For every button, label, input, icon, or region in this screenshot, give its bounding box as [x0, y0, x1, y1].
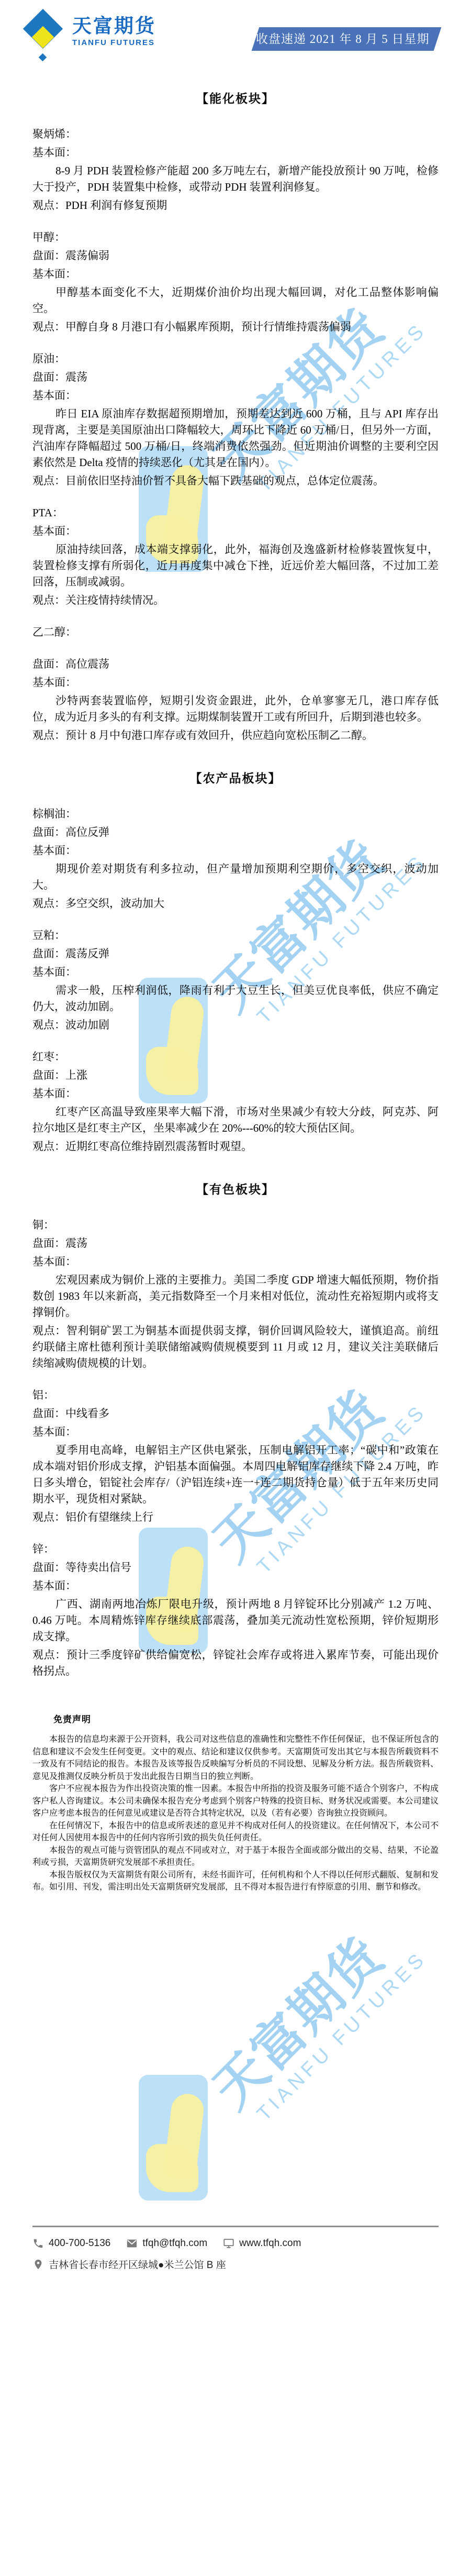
- viewpoint-line: 观点：铝价有望继续上行: [32, 1509, 439, 1525]
- location-pin-icon: [32, 2259, 44, 2270]
- commodity-block-pta: PTA： 基本面： 原油持续回落，成本端支撑弱化，此外，福海创及逸盛新材检修装置…: [32, 505, 439, 609]
- commodity-block-zinc: 锌： 盘面：等待卖出信号 基本面： 广西、湖南两地冶炼厂限电升级，预计两地 8 …: [32, 1541, 439, 1679]
- fundamentals-label: 基本面：: [32, 1086, 439, 1102]
- commodity-name: PTA：: [32, 505, 439, 521]
- fundamentals-paragraph: 昨日 EIA 原油库存数据超预期增加，预期差达到近 600 万桶，且与 API …: [32, 406, 439, 471]
- commodity-name: 乙二醇：: [32, 624, 439, 640]
- email-text: tfqh@tfqh.com: [142, 2238, 207, 2249]
- commodity-name: 甲醇：: [32, 229, 439, 246]
- commodity-block-palm-oil: 棕榈油： 盘面：高位反弹 基本面： 期现价差对期货有利多拉动，但产量增加预期利空…: [32, 806, 439, 912]
- viewpoint-line: 观点：预计三季度锌矿供给偏宽松，锌锭社会库存或将进入累库节奏，可能出现价格拐点。: [32, 1647, 439, 1679]
- commodity-name: 棕榈油：: [32, 806, 439, 822]
- fundamentals-paragraph: 期现价差对期货有利多拉动，但产量增加预期利空期价，多空交织，波动加大。: [32, 861, 439, 893]
- fundamentals-paragraph: 原油持续回落，成本端支撑弱化，此外，福海创及逸盛新材检修装置恢复中，装置检修支撑…: [32, 541, 439, 590]
- commodity-block-methanol: 甲醇： 盘面：震荡偏弱 基本面： 甲醇基本面变化不大，近期煤价油价均出现大幅回调…: [32, 229, 439, 335]
- viewpoint-line: 观点：甲醇自身 8 月港口有小幅累库预期，预计行情维持震荡偏弱: [32, 319, 439, 335]
- viewpoint-line: 观点：预计 8 月中旬港口库存或有效回升，供应趋向宽松压制乙二醇。: [32, 727, 439, 744]
- monitor-icon: [223, 2238, 234, 2249]
- phone-icon: [32, 2238, 44, 2249]
- fundamentals-paragraph: 需求一般，压榨利润低，降雨有利于大豆生长，但美豆优良率低，供应不确定仍大，波动加…: [32, 982, 439, 1015]
- fundamentals-label: 基本面：: [32, 964, 439, 980]
- fundamentals-paragraph: 沙特两套装置临停，短期引发资金跟进，此外，仓单寥寥无几，港口库存低位，成为近月多…: [32, 693, 439, 725]
- viewpoint-line: 观点：关注疫情持续情况。: [32, 592, 439, 609]
- fundamentals-label: 基本面：: [32, 388, 439, 404]
- fundamentals-label: 基本面：: [32, 523, 439, 539]
- website-item: www.tfqh.com: [223, 2238, 301, 2249]
- disclaimer-title: 免责声明: [53, 1712, 439, 1725]
- commodity-name: 锌：: [32, 1541, 439, 1557]
- report-body: 【能化板块】 聚炳烯： 基本面： 8-9 月 PDH 装置检修产能超 200 多…: [0, 89, 471, 1894]
- disclaimer-paragraph: 客户不应视本报告为作出投资决策的惟一因素。本报告中所指的投资及服务可能不适合个别…: [32, 1783, 439, 1820]
- commodity-name: 铝：: [32, 1387, 439, 1403]
- surface-line: 盘面：高位反弹: [32, 824, 439, 841]
- phone-number: 400-700-5136: [49, 2238, 110, 2249]
- disclaimer-paragraph: 本报告版权仅为天富期货有限公司所有，未经书面许可，任何机构和个人不得以任何形式翻…: [32, 1869, 439, 1894]
- watermark-text-en: TIANFU FUTURES: [253, 1947, 431, 2126]
- tianfu-logo-icon: [22, 13, 65, 61]
- commodity-block-polyolefin: 聚炳烯： 基本面： 8-9 月 PDH 装置检修产能超 200 多万吨左右，新增…: [32, 126, 439, 214]
- fundamentals-label: 基本面：: [32, 675, 439, 691]
- commodity-name: 红枣：: [32, 1049, 439, 1065]
- surface-line: 盘面：中线看多: [32, 1406, 439, 1422]
- disclaimer-paragraph: 在任何情况下，本报告中的信息或所表述的意见并不构成对任何人的投资建议。在任何情况…: [32, 1820, 439, 1844]
- watermark-logo-icon: [139, 2075, 208, 2201]
- address-text: 吉林省长春市经开区绿城●米兰公馆 B 座: [49, 2257, 226, 2271]
- commodity-name: 豆粕：: [32, 927, 439, 944]
- fundamentals-paragraph: 8-9 月 PDH 装置检修产能超 200 多万吨左右，新增产能投放预计 90 …: [32, 163, 439, 195]
- page: 天富期货TIANFU FUTURES 天富期货TIANFU FUTURES 天富…: [0, 0, 471, 2576]
- brand-text: 天富期货 TIANFU FUTURES: [72, 16, 156, 47]
- commodity-block-ethylene-glycol: 乙二醇： 盘面：高位震荡 基本面： 沙特两套装置临停，短期引发资金跟进，此外，仓…: [32, 624, 439, 744]
- commodity-block-copper: 铜： 盘面：震荡 基本面： 宏观因素成为铜价上涨的主要推力。美国二季度 GDP …: [32, 1217, 439, 1372]
- fundamentals-label: 基本面：: [32, 1578, 439, 1594]
- commodity-block-crude-oil: 原油： 盘面：震荡 基本面： 昨日 EIA 原油库存数据超预期增加，预期差达到近…: [32, 351, 439, 489]
- viewpoint-line: 观点：PDH 利润有修复预期: [32, 197, 439, 214]
- phone-item: 400-700-5136: [32, 2238, 110, 2249]
- surface-line: 盘面：震荡反弹: [32, 946, 439, 962]
- commodity-name: 原油：: [32, 351, 439, 367]
- viewpoint-line: 观点：多空交织，波动加大: [32, 895, 439, 912]
- fundamentals-paragraph: 夏季用电高峰，电解铝主产区供电紧张，压制电解铝开工率；“碳中和”政策在成本端对铝…: [32, 1442, 439, 1507]
- report-date-text: 收盘速递 2021 年 8 月 5 日星期四: [252, 27, 434, 74]
- brand-name-en: TIANFU FUTURES: [72, 38, 156, 47]
- viewpoint-line: 观点：目前依旧坚持油价暂不具备大幅下跌基础的观点，总体定位震荡。: [32, 473, 439, 489]
- commodity-name: 聚炳烯：: [32, 126, 439, 142]
- watermark-text-cn: 天富期货: [204, 1908, 413, 2117]
- footer-divider: [32, 2226, 439, 2227]
- fundamentals-label: 基本面：: [32, 843, 439, 859]
- viewpoint-line: 观点：近期红枣高位维持剧烈震荡暂时观望。: [32, 1138, 439, 1155]
- email-item: tfqh@tfqh.com: [126, 2238, 207, 2249]
- surface-line: 盘面：震荡偏弱: [32, 248, 439, 264]
- surface-line: 盘面：等待卖出信号: [32, 1560, 439, 1576]
- surface-line: 盘面：震荡: [32, 369, 439, 385]
- surface-line: 盘面：高位震荡: [32, 656, 439, 672]
- viewpoint-line: 观点：波动加剧: [32, 1017, 439, 1033]
- surface-line: 盘面：震荡: [32, 1235, 439, 1252]
- fundamentals-paragraph: 红枣产区高温导致座果率大幅下滑，市场对坐果减少有较大分歧，阿克苏、阿拉尔地区是红…: [32, 1104, 439, 1136]
- section-title: 【能化板块】: [32, 89, 439, 106]
- envelope-icon: [126, 2238, 138, 2249]
- viewpoint-line: 观点：智利铜矿罢工为铜基本面提供弱支撑，铜价回调风险较大，谨慎追高。前纽约联储主…: [32, 1323, 439, 1372]
- fundamentals-label: 基本面：: [32, 1424, 439, 1440]
- surface-line: 盘面：上涨: [32, 1067, 439, 1084]
- website-text: www.tfqh.com: [239, 2238, 301, 2249]
- commodity-name: 铜：: [32, 1217, 439, 1233]
- disclaimer-paragraph: 本报告的观点可能与资管团队的观点不同或对立，对于基于本报告全面或部分做出的交易、…: [32, 1844, 439, 1869]
- disclaimer-section: 免责声明 本报告的信息均来源于公开资料，我公司对这些信息的准确性和完整性不作任何…: [32, 1712, 439, 1894]
- report-date-banner: 收盘速递 2021 年 8 月 5 日星期四: [252, 27, 442, 51]
- fundamentals-label: 基本面：: [32, 1254, 439, 1270]
- commodity-block-red-dates: 红枣： 盘面：上涨 基本面： 红枣产区高温导致座果率大幅下滑，市场对坐果减少有较…: [32, 1049, 439, 1155]
- brand-name-cn: 天富期货: [72, 16, 156, 37]
- footer-address-row: 吉林省长春市经开区绿城●米兰公馆 B 座: [32, 2257, 439, 2271]
- fundamentals-label: 基本面：: [32, 266, 439, 282]
- commodity-block-aluminum: 铝： 盘面：中线看多 基本面： 夏季用电高峰，电解铝主产区供电紧张，压制电解铝开…: [32, 1387, 439, 1525]
- report-header: 天富期货 TIANFU FUTURES 收盘速递 2021 年 8 月 5 日星…: [0, 0, 471, 64]
- fundamentals-paragraph: 广西、湖南两地冶炼厂限电升级，预计两地 8 月锌锭环比分别减产 1.2 万吨、0…: [32, 1596, 439, 1645]
- contact-footer: 400-700-5136 tfqh@tfqh.com www.tfqh.com: [32, 2226, 439, 2279]
- watermark: 天富期货TIANFU FUTURES: [0, 1854, 471, 2210]
- footer-contact-row: 400-700-5136 tfqh@tfqh.com www.tfqh.com: [32, 2238, 439, 2249]
- section-title: 【农产品板块】: [32, 769, 439, 786]
- fundamentals-paragraph: 甲醇基本面变化不大，近期煤价油价均出现大幅回调，对化工品整体影响偏空。: [32, 284, 439, 317]
- section-title: 【有色板块】: [32, 1180, 439, 1197]
- fundamentals-label: 基本面：: [32, 145, 439, 161]
- disclaimer-paragraph: 本报告的信息均来源于公开资料，我公司对这些信息的准确性和完整性不作任何保证，也不…: [32, 1733, 439, 1783]
- commodity-block-soybean-meal: 豆粕： 盘面：震荡反弹 基本面： 需求一般，压榨利润低，降雨有利于大豆生长，但美…: [32, 927, 439, 1033]
- fundamentals-paragraph: 宏观因素成为铜价上涨的主要推力。美国二季度 GDP 增速大幅低预期，物价指数创 …: [32, 1272, 439, 1321]
- address-item: 吉林省长春市经开区绿城●米兰公馆 B 座: [32, 2257, 226, 2271]
